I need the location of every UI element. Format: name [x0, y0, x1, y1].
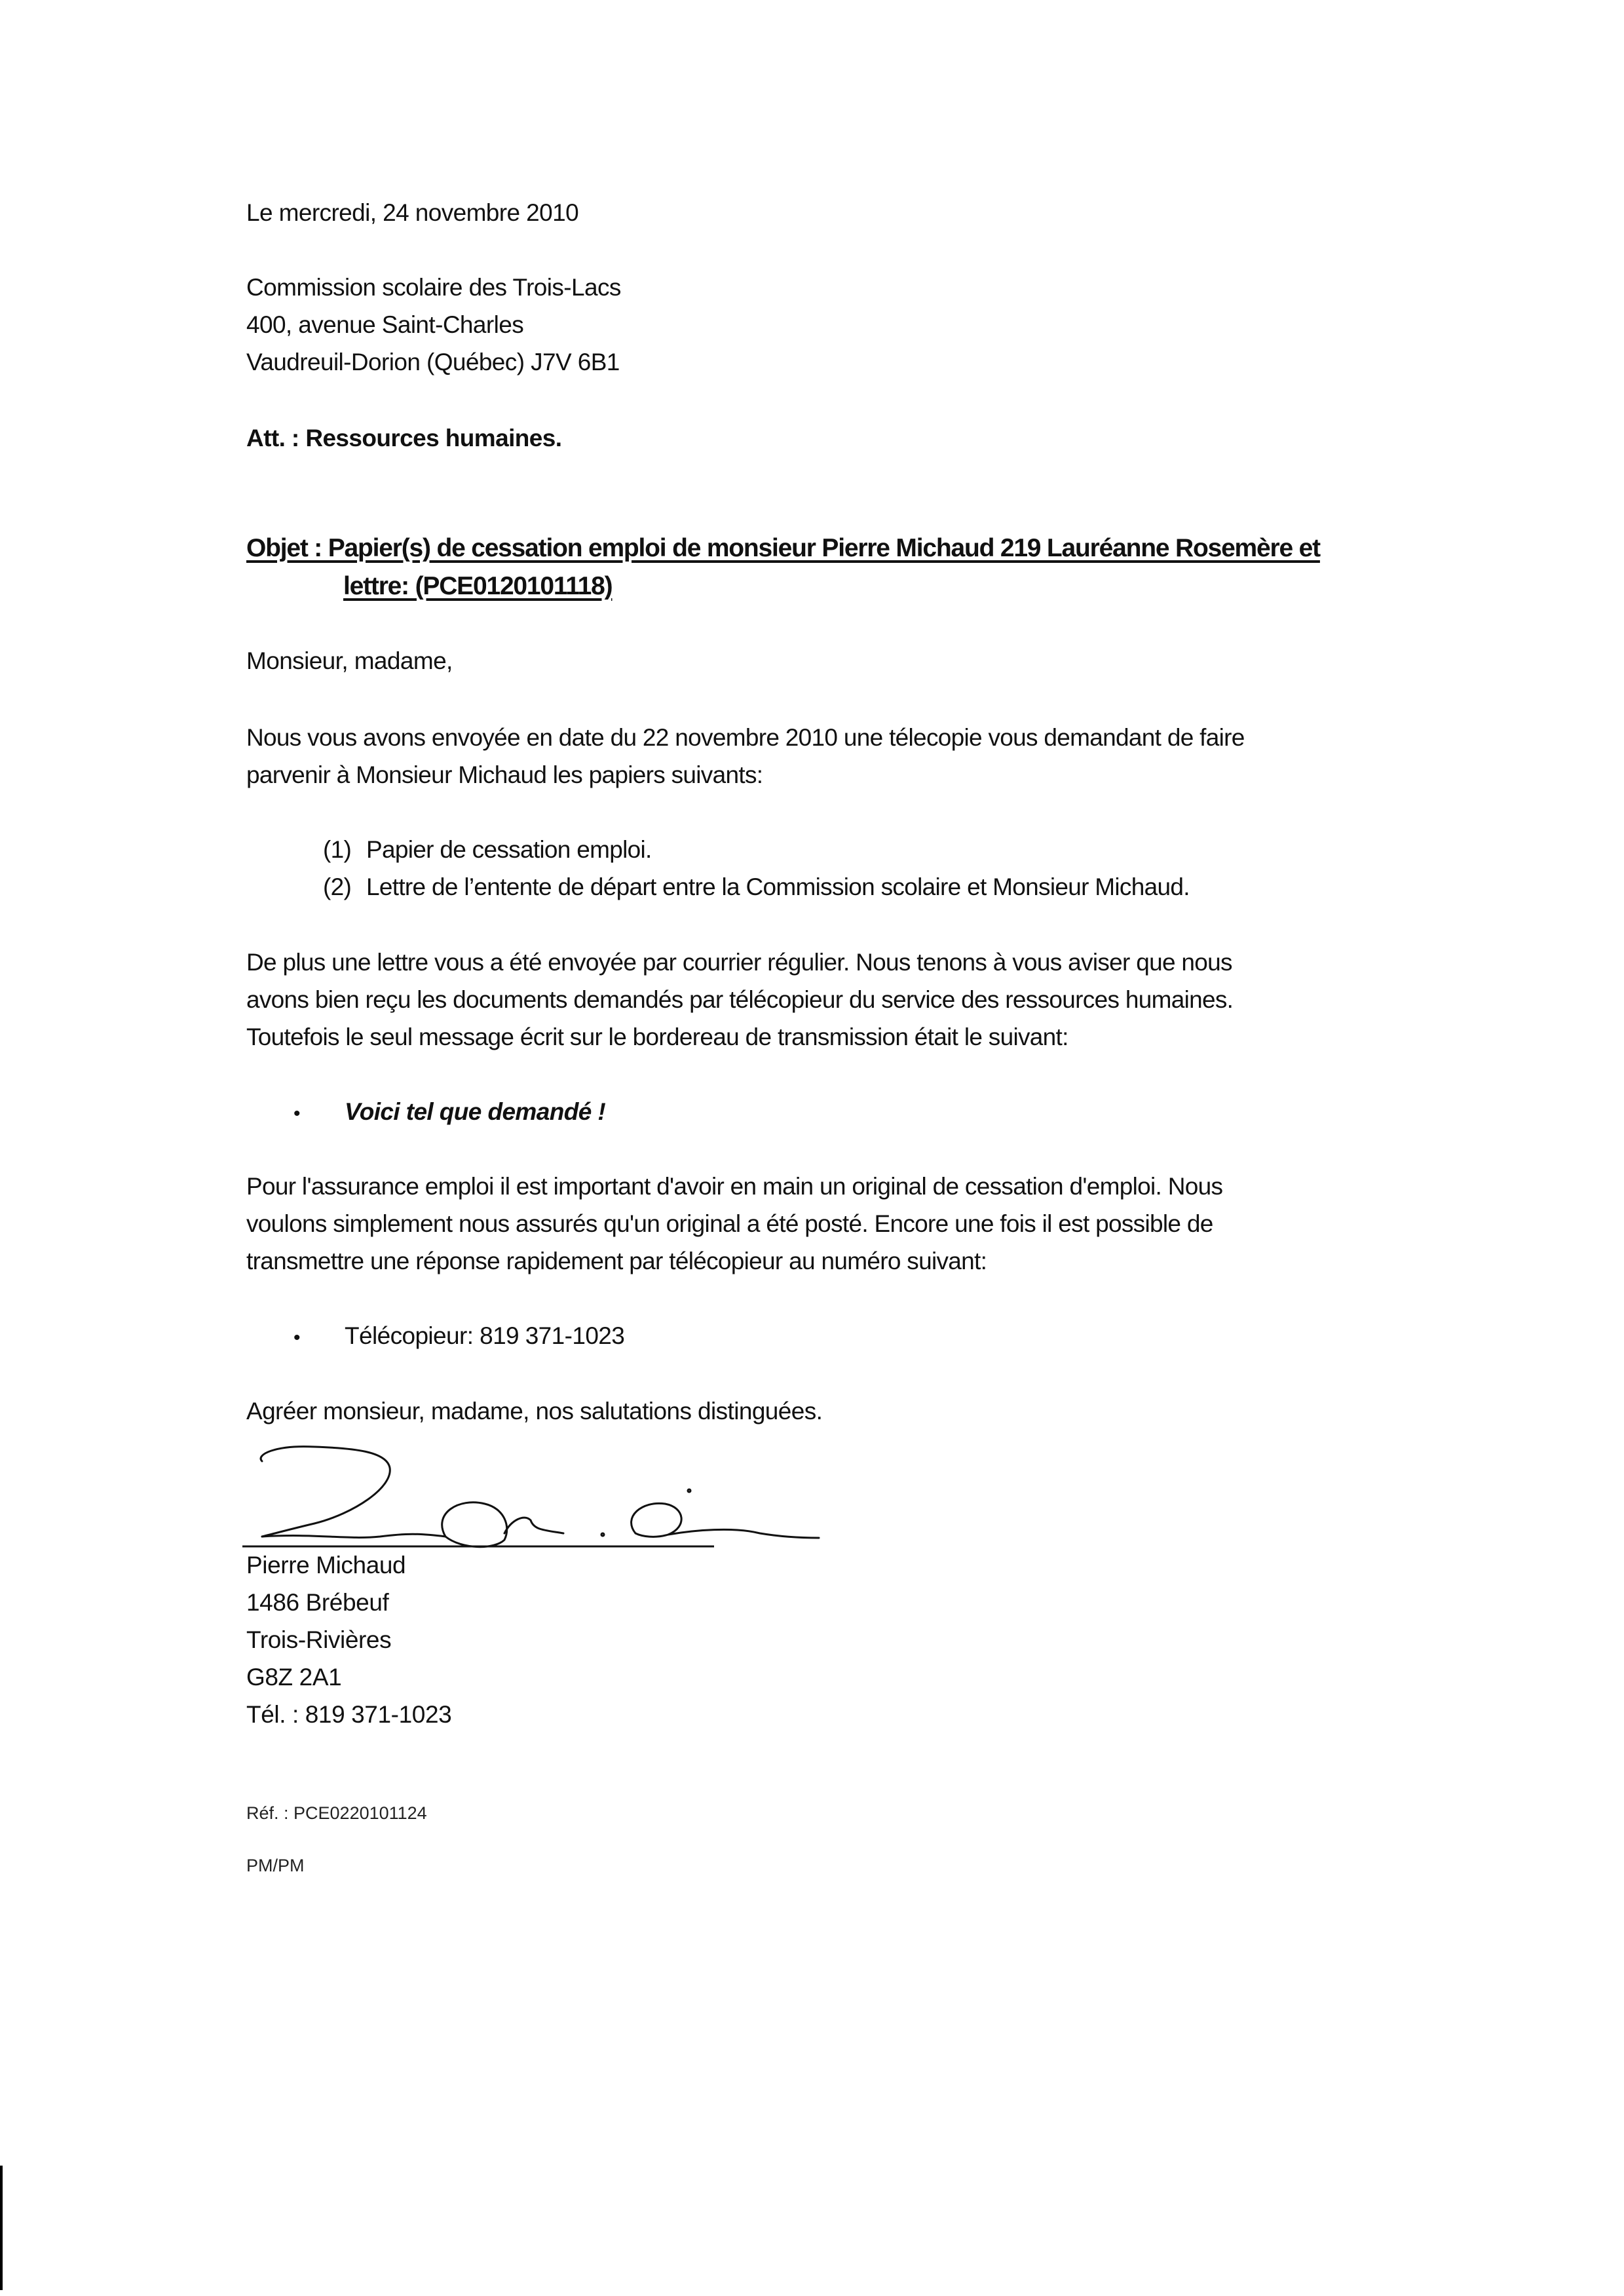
attention-line: Att. : Ressources humaines. — [246, 419, 561, 457]
paragraph-3-line: transmettre une réponse rapidement par t… — [246, 1242, 1222, 1280]
paragraph-2-line: Toutefois le seul message écrit sur le b… — [246, 1018, 1233, 1056]
quoted-message-bullet: •Voici tel que demandé ! — [293, 1093, 605, 1132]
quoted-message: Voici tel que demandé ! — [345, 1098, 605, 1125]
letter-page: Le mercredi, 24 novembre 2010 Commission… — [0, 0, 1624, 2296]
fax-bullet: •Télécopieur: 819 371-1023 — [293, 1317, 624, 1356]
letter-date: Le mercredi, 24 novembre 2010 — [246, 194, 578, 232]
paragraph-2: De plus une lettre vous a été envoyée pa… — [246, 944, 1233, 1056]
paragraph-3-line: Pour l'assurance emploi il est important… — [246, 1168, 1222, 1205]
bullet-icon: • — [293, 1319, 345, 1356]
handwritten-signature — [236, 1442, 865, 1559]
initials: PM/PM — [246, 1856, 305, 1876]
paragraph-1: Nous vous avons envoyée en date du 22 no… — [246, 719, 1245, 794]
closing-line: Agréer monsieur, madame, nos salutations… — [246, 1392, 822, 1430]
paragraph-2-line: De plus une lettre vous a été envoyée pa… — [246, 944, 1233, 981]
numbered-item-1: (1)Papier de cessation emploi. — [323, 831, 652, 868]
bullet-icon: • — [293, 1095, 345, 1132]
paragraph-2-line: avons bien reçu les documents demandés p… — [246, 981, 1233, 1018]
sender-street: 1486 Brébeuf — [246, 1584, 451, 1621]
sender-postal-code: G8Z 2A1 — [246, 1658, 451, 1696]
reference-number: Réf. : PCE0220101124 — [246, 1803, 427, 1824]
sender-phone: Tél. : 819 371-1023 — [246, 1696, 451, 1733]
subject-line: Objet : Papier(s) de cessation emploi de… — [246, 529, 1320, 605]
salutation: Monsieur, madame, — [246, 642, 453, 680]
paragraph-1-line: Nous vous avons envoyée en date du 22 no… — [246, 719, 1245, 756]
paragraph-3: Pour l'assurance emploi il est important… — [246, 1168, 1222, 1280]
recipient-city: Vaudreuil-Dorion (Québec) J7V 6B1 — [246, 343, 620, 381]
paragraph-1-line: parvenir à Monsieur Michaud les papiers … — [246, 756, 1245, 794]
subject-line-1: Objet : Papier(s) de cessation emploi de… — [246, 534, 1320, 562]
subject-line-2-text: lettre: (PCE0120101118) — [343, 572, 612, 600]
sender-city: Trois-Rivières — [246, 1621, 451, 1658]
subject-line-2: lettre: (PCE0120101118) — [246, 567, 1320, 605]
numbered-item-1-number: (1) — [323, 831, 366, 868]
sender-name: Pierre Michaud — [246, 1546, 451, 1584]
numbered-item-2-number: (2) — [323, 868, 366, 906]
numbered-item-2: (2)Lettre de l’entente de départ entre l… — [323, 868, 1190, 906]
fax-number: Télécopieur: 819 371-1023 — [345, 1322, 624, 1349]
scan-edge-mark — [0, 2166, 3, 2290]
numbered-item-1-text: Papier de cessation emploi. — [366, 836, 652, 863]
recipient-street: 400, avenue Saint-Charles — [246, 306, 523, 344]
numbered-item-2-text: Lettre de l’entente de départ entre la C… — [366, 873, 1190, 900]
paragraph-3-line: voulons simplement nous assurés qu'un or… — [246, 1205, 1222, 1242]
sender-block: Pierre Michaud 1486 Brébeuf Trois-Rivièr… — [246, 1546, 451, 1733]
recipient-name: Commission scolaire des Trois-Lacs — [246, 269, 621, 307]
